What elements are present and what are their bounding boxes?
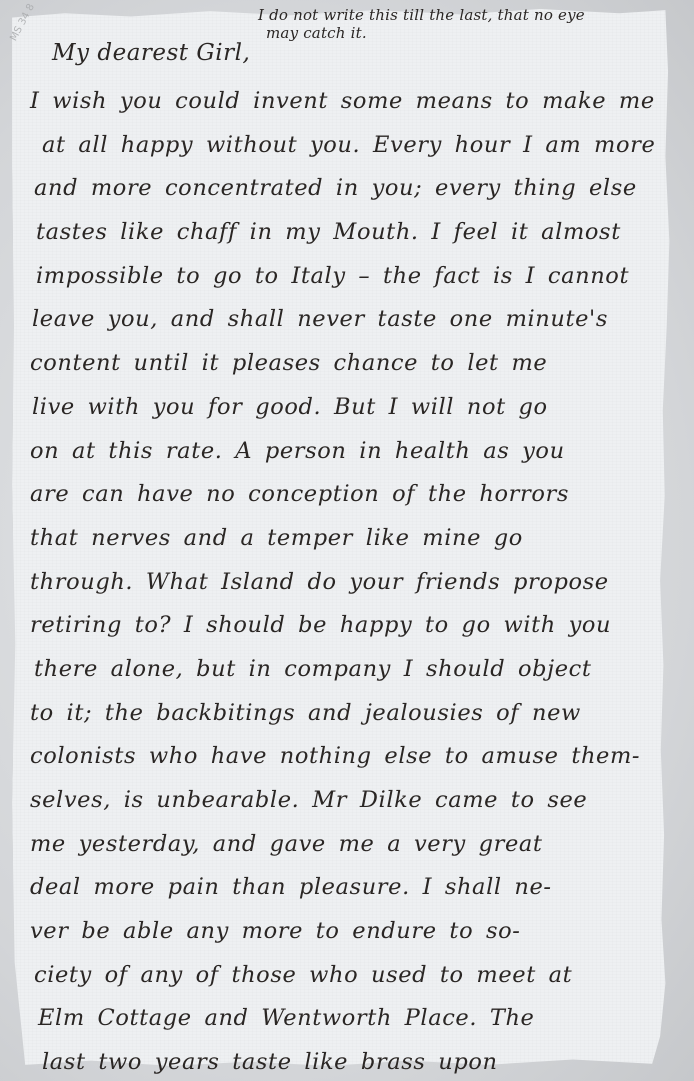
postscript-line-2: may catch it. [258,24,585,42]
letter-line: ciety of any of those who used to meet a… [34,954,664,998]
postscript-line-1: I do not write this till the last, that … [258,6,585,24]
letter-line: impossible to go to Italy – the fact is … [36,255,666,299]
letter-line: leave you, and shall never taste one min… [32,298,662,342]
letter-line: retiring to? I should be happy to go wit… [30,604,660,648]
letter-line: there alone, but in company I should obj… [34,648,664,692]
letter-line: Elm Cottage and Wentworth Place. The [38,997,668,1041]
letter-line: and more concentrated in you; every thin… [34,167,664,211]
letter-line: selves, is unbearable. Mr Dilke came to … [30,779,660,823]
letter-line: to it; the backbitings and jealousies of… [30,692,660,736]
letter-line: last two years taste like brass upon [42,1041,672,1081]
postscript-note: I do not write this till the last, that … [258,6,585,42]
letter-line: at all happy without you. Every hour I a… [42,124,672,168]
letter-line: live with you for good. But I will not g… [32,386,662,430]
letter-line: ver be able any more to endure to so- [30,910,660,954]
letter-line: I wish you could invent some means to ma… [30,80,660,124]
letter-line: me yesterday, and gave me a very great [30,823,660,867]
salutation: My dearest Girl, [52,40,250,66]
letter-line: content until it pleases chance to let m… [30,342,660,386]
letter-line: that nerves and a temper like mine go [30,517,660,561]
letter-line: tastes like chaff in my Mouth. I feel it… [36,211,666,255]
letter-line: are can have no conception of the horror… [30,473,660,517]
letter-line: through. What Island do your friends pro… [30,561,660,605]
letter-line: deal more pain than pleasure. I shall ne… [30,866,660,910]
letter-line: colonists who have nothing else to amuse… [30,735,660,779]
letter-line: on at this rate. A person in health as y… [30,430,660,474]
letter-body: I wish you could invent some means to ma… [30,80,660,1081]
